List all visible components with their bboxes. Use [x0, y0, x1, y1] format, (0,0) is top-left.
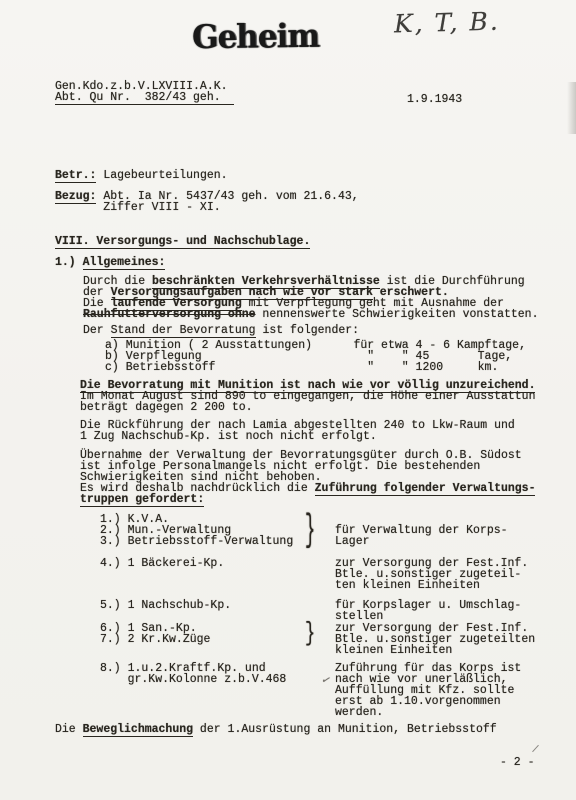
brace-glyph: } — [305, 511, 315, 549]
unit-item: gr.Kw.Kolonne z.b.V.468 — [100, 674, 286, 685]
scan-edge-smudge — [567, 82, 576, 134]
section-heading: VIII. Versorgungs- und Nachschublage. — [55, 236, 310, 247]
page-number: - 2 - — [500, 757, 535, 768]
subsection-number: 1.) — [55, 256, 76, 269]
brace-glyph: } — [305, 620, 315, 646]
handwritten-check-mark: ✓ — [320, 674, 330, 687]
closing-paragraph: Die Beweglichmachung der 1.Ausrüstung an… — [55, 724, 497, 735]
unit-group-5: 8.) 1.u.2.Kraftf.Kp. und gr.Kw.Kolonne z… — [0, 663, 576, 718]
stock-intro: Der Stand der Bevorratung ist folgender: — [83, 325, 359, 336]
subject-label: Betr.: — [55, 169, 96, 183]
text-line: 1 Zug Nachschub-Kp. ist noch nicht erfol… — [80, 431, 515, 442]
text-line: beträgt dagegen 2 200 to. — [80, 402, 535, 413]
text-line: Die Beweglichmachung der 1.Ausrüstung an… — [55, 724, 497, 735]
subject-text: Lagebeurteilungen. — [96, 169, 227, 182]
reference-line: Bezug: Abt. Ia Nr. 5437/43 geh. vom 21.6… — [55, 191, 359, 213]
unit-item: 5.) 1 Nachschub-Kp. — [100, 600, 231, 611]
reference-line2: Ziffer VIII - XI. — [55, 202, 359, 213]
unit-item: 4.) 1 Bäckerei-Kp. — [100, 558, 224, 569]
letterhead: Gen.Kdo.z.b.V.LXVIII.A.K. Abt. Qu Nr. 38… — [55, 81, 234, 103]
paragraph-verwaltung: Übernahme der Verwaltung der Bevorratung… — [80, 450, 535, 505]
unit-purpose: kleinen Einheiten — [335, 645, 452, 656]
ktb-handwriting: K, T, B. — [394, 7, 501, 40]
unit-group-3: 5.) 1 Nachschub-Kp. für Korpslager u. Um… — [0, 600, 576, 622]
subject-line: Betr.: Lagebeurteilungen. — [55, 170, 228, 181]
unit-item: 3.) Betriebsstoff-Verwaltung — [100, 536, 293, 547]
text-line: Der Stand der Bevorratung ist folgender: — [83, 325, 359, 336]
subsection-title: Allgemeines: — [83, 256, 166, 270]
text-line: Rauhfutterversorgung ohne nennenswerte S… — [83, 309, 538, 320]
geheim-stamp: Geheim — [192, 18, 319, 55]
stock-item-c: c) Betriebsstoff " " 1200 km. — [105, 362, 526, 373]
pen-tick-mark — [532, 745, 539, 752]
subsection-1: 1.) Allgemeines: — [55, 257, 165, 268]
unit-purpose: ten kleinen Einheiten — [335, 580, 480, 591]
document-date: 1.9.1943 — [407, 94, 462, 105]
unit-group-1: 1.) K.V.A. 2.) Mun.-Verwaltung 3.) Betri… — [0, 514, 576, 547]
unit-purpose: werden. — [335, 707, 383, 718]
unit-group-2: 4.) 1 Bäckerei-Kp. zur Versorgung der Fe… — [0, 558, 576, 591]
stock-list: a) Munition ( 2 Ausstattungen) für etwa … — [105, 340, 526, 373]
document-page: Geheim K, T, B. Gen.Kdo.z.b.V.LXVIII.A.K… — [0, 0, 576, 800]
file-reference: Abt. Qu Nr. 382/43 geh. — [55, 92, 234, 103]
paragraph-munition: Die Bevorratung mit Munition ist nach wi… — [80, 380, 535, 413]
paragraph-rueckfuehrung: Die Rückführung der nach Lamia abgestell… — [80, 420, 515, 442]
unit-purpose: Lager — [335, 536, 370, 547]
paragraph-traffic: Durch die beschränkten Verkehrsverhältni… — [83, 276, 538, 320]
unit-purpose: stellen — [335, 611, 383, 622]
unit-group-4: 6.) 1 San.-Kp. 7.) 2 Kr.Kw.Züge } zur Ve… — [0, 623, 576, 656]
unit-item: 7.) 2 Kr.Kw.Züge — [100, 634, 210, 645]
